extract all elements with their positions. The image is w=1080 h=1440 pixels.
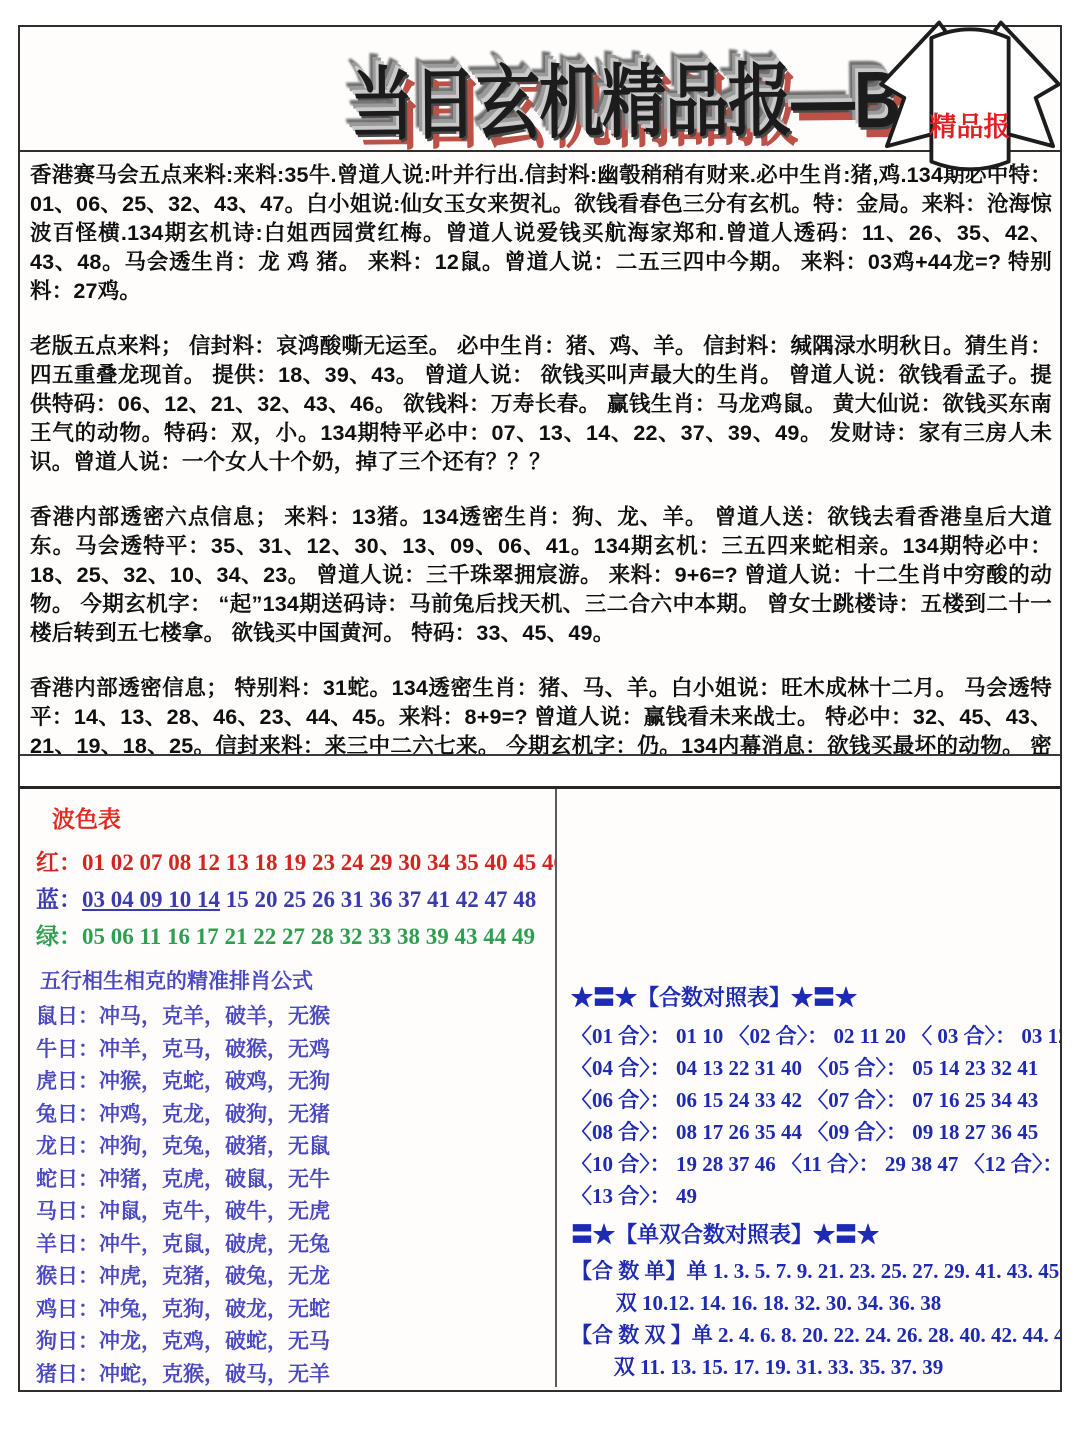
masthead-title: 当日玄机精品报—B	[350, 36, 900, 157]
banner-label: 精品报	[930, 105, 1011, 144]
zodiac-row-tiger: 虎日：冲猴，克蛇，破鸡，无狗	[36, 1066, 555, 1099]
combo-row-08-09: 〈08 合〉： 08 17 26 35 44 〈09 合〉： 09 18 27 …	[571, 1116, 1056, 1148]
zodiac-row-pig: 猪日：冲蛇，克猴，破马，无羊	[36, 1359, 555, 1388]
blue-label: 蓝：	[36, 886, 82, 912]
paragraph-inside-info: 香港内部透密信息； 特别料：31蛇。134透密生肖：猪、马、羊。白小姐说：旺木成…	[30, 674, 1052, 754]
blue-numbers-underlined: 03 04 09 10 14	[82, 887, 220, 912]
zodiac-row-dragon: 龙日：冲狗，克兔，破猪，无鼠	[36, 1131, 555, 1164]
zodiac-row-horse: 马日：冲鼠，克牛，破牛，无虎	[36, 1196, 555, 1229]
oddeven-table-heading: 〓★【单双合数对照表】★〓★	[571, 1218, 1056, 1249]
paragraph-inside-six-point: 香港内部透密六点信息； 来料：13猪。134透密生肖：狗、龙、羊。 曾道人送：欲…	[30, 503, 1052, 648]
zodiac-row-snake: 蛇日：冲猪，克虎，破鼠，无牛	[36, 1164, 555, 1197]
masthead-section: 当日玄机精品报—B 当日玄机精品报—B 精品报	[20, 27, 1060, 150]
page-frame: 当日玄机精品报—B 当日玄机精品报—B 精品报 香港赛马会五点来料:来料:35牛…	[18, 25, 1062, 1392]
combo-row-10-12: 〈10 合〉： 19 28 37 46 〈11 合〉： 29 38 47 〈12…	[571, 1148, 1056, 1180]
oddeven-row-shuang-odd: 【合 数 双 】单 2. 4. 6. 8. 20. 22. 24. 26. 28…	[571, 1319, 1056, 1351]
red-numbers: 01 02 07 08 12 13 18 19 23 24 29 30 34 3…	[82, 850, 557, 875]
oddeven-row-dan-odd: 【合 数 单】单 1. 3. 5. 7. 9. 21. 23. 25. 27. …	[571, 1255, 1056, 1287]
zodiac-formula-title: 五行相生相克的精准排肖公式	[40, 965, 555, 995]
red-label: 红：	[36, 849, 82, 875]
zodiac-row-rabbit: 兔日：冲鸡，克龙，破狗，无猪	[36, 1099, 555, 1132]
color-wave-title: 波色表	[52, 801, 555, 834]
zodiac-row-rat: 鼠日：冲马，克羊，破羊，无猴	[36, 1001, 555, 1034]
zodiac-row-rooster: 鸡日：冲兔，克狗，破龙，无蛇	[36, 1294, 555, 1327]
ribbon-banner: 精品报	[872, 9, 1068, 179]
green-label: 绿：	[36, 923, 82, 949]
blue-numbers: 15 20 25 26 31 36 37 41 42 47 48	[220, 887, 536, 912]
bottom-section: 波色表 红：01 02 07 08 12 13 18 19 23 24 29 3…	[20, 786, 1060, 1387]
combo-row-06-07: 〈06 合〉： 06 15 24 33 42 〈07 合〉： 07 16 25 …	[571, 1084, 1056, 1116]
zodiac-row-goat: 羊日：冲牛，克鼠，破虎，无兔	[36, 1229, 555, 1262]
combo-row-01-03: 〈01 合〉： 01 10 〈02 合〉： 02 11 20 〈 03 合〉： …	[571, 1020, 1056, 1052]
combo-row-13: 〈13 合〉： 49	[571, 1180, 1056, 1212]
oddeven-row-shuang-even: 双 11. 13. 15. 17. 19. 31. 33. 35. 37. 39	[571, 1351, 1056, 1383]
zodiac-row-monkey: 猴日：冲虎，克猪，破兔，无龙	[36, 1261, 555, 1294]
main-text-section: 香港赛马会五点来料:来料:35牛.曾道人说:叶并行出.信封料:幽彀稍稍有财来.必…	[20, 150, 1060, 754]
color-row-blue: 蓝：03 04 09 10 14 15 20 25 26 31 36 37 41…	[36, 881, 555, 918]
combo-table-heading: ★〓★【合数对照表】★〓★	[571, 981, 1056, 1012]
zodiac-row-ox: 牛日：冲羊，克马，破猴，无鸡	[36, 1034, 555, 1067]
oddeven-row-dan-even: 双 10.12. 14. 16. 18. 32. 30. 34. 36. 38	[571, 1287, 1056, 1319]
paragraph-old-edition: 老版五点来料； 信封料：哀鸿酸嘶无运至。 必中生肖：猪、鸡、羊。 信封料：缄隅渌…	[30, 332, 1052, 477]
color-row-green: 绿：05 06 11 16 17 21 22 27 28 32 33 38 39…	[36, 918, 555, 955]
color-wave-panel: 波色表 红：01 02 07 08 12 13 18 19 23 24 29 3…	[20, 789, 557, 1387]
zodiac-row-dog: 狗日：冲龙，克鸡，破蛇，无马	[36, 1326, 555, 1359]
spacer-band	[20, 754, 1060, 786]
color-row-red: 红：01 02 07 08 12 13 18 19 23 24 29 30 34…	[36, 844, 555, 881]
combo-row-04-05: 〈04 合〉： 04 13 22 31 40 〈05 合〉： 05 14 23 …	[571, 1052, 1056, 1084]
paragraph-hk-jockey-club: 香港赛马会五点来料:来料:35牛.曾道人说:叶并行出.信封料:幽彀稍稍有财来.必…	[30, 161, 1052, 306]
combo-table-panel: ★〓★【合数对照表】★〓★ 〈01 合〉： 01 10 〈02 合〉： 02 1…	[557, 789, 1060, 1387]
ribbon-icon	[872, 9, 1068, 179]
green-numbers: 05 06 11 16 17 21 22 27 28 32 33 38 39 4…	[82, 924, 535, 949]
